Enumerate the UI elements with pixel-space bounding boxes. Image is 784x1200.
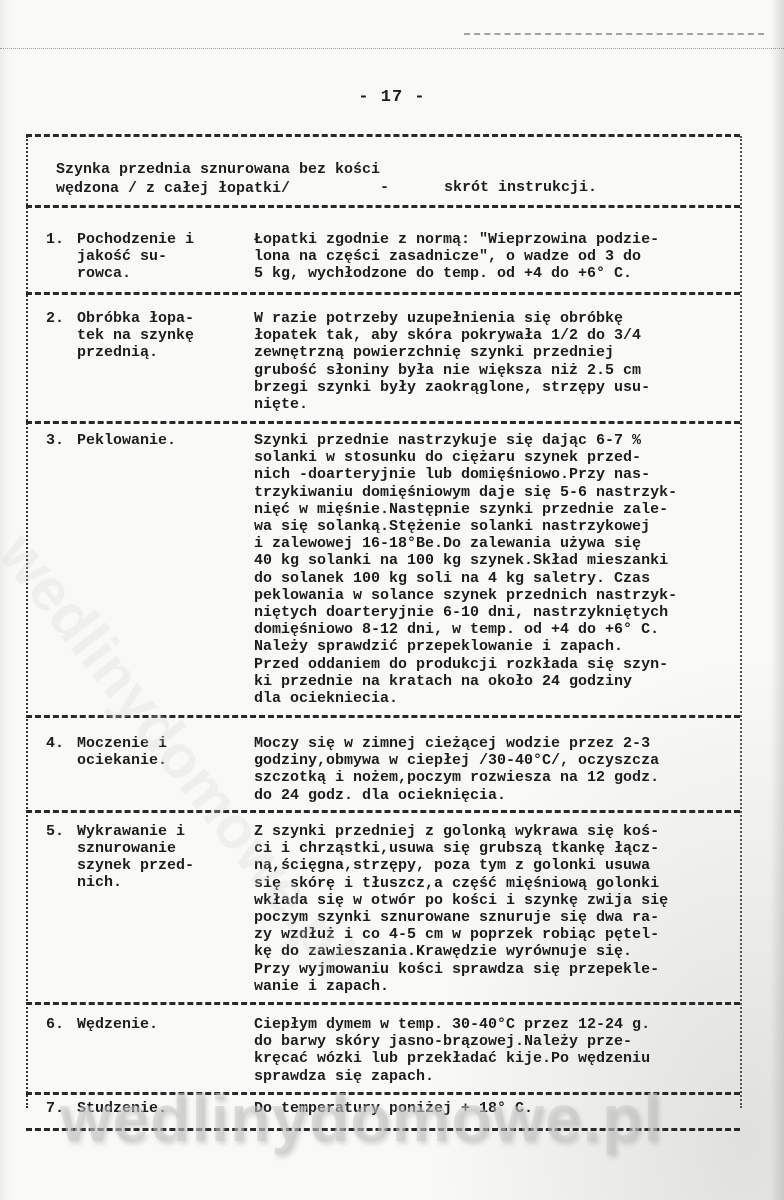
top-edge-marks	[0, 48, 784, 55]
step-label: Wędzenie.	[77, 1016, 158, 1033]
separator-bottom	[26, 1128, 740, 1131]
step-label: Peklowanie.	[77, 432, 176, 449]
step-number: 2.	[46, 310, 64, 327]
document-page: - 17 - Szynka przednia sznurowana bez ko…	[0, 0, 784, 1200]
top-edge-dashes	[464, 33, 764, 37]
step-description: Łopatki zgodnie z normą: "Wieprzowina po…	[254, 231, 744, 283]
title-line-2: wędzona / z całej łopatki/	[56, 180, 290, 197]
step-label: Moczenie i ociekanie.	[77, 735, 167, 769]
title-subtitle: skrót instrukcji.	[444, 179, 597, 196]
document-title: Szynka przednia sznurowana bez kości węd…	[56, 160, 380, 198]
separator-top	[26, 134, 740, 137]
step-label: Pochodzenie i jakość su- rowca.	[77, 231, 194, 282]
step-number: 5.	[46, 823, 64, 840]
separator	[26, 292, 740, 295]
step-number: 3.	[46, 432, 64, 449]
separator	[26, 1002, 740, 1005]
separator	[26, 1092, 740, 1095]
step-description: Szynki przednie nastrzykuje się dając 6-…	[254, 432, 744, 707]
step-label: Obróbka łopa- tek na szynkę przednią.	[77, 310, 194, 361]
separator	[26, 715, 740, 718]
title-line-1: Szynka przednia sznurowana bez kości	[56, 161, 380, 178]
step-description: W razie potrzeby uzupełnienia się obróbk…	[254, 310, 744, 413]
separator-header	[26, 205, 740, 208]
page-number: - 17 -	[0, 88, 784, 107]
step-description: Moczy się w zimnej cieżącej wodzie przez…	[254, 735, 744, 804]
step-number: 4.	[46, 735, 64, 752]
step-number: 1.	[46, 231, 64, 248]
step-number: 6.	[46, 1016, 64, 1033]
separator	[26, 421, 740, 424]
step-label: Studzenie.	[77, 1100, 167, 1117]
step-description: Ciepłym dymem w temp. 30-40°C przez 12-2…	[254, 1016, 744, 1085]
step-label: Wykrawanie i sznurowanie szynek przed- n…	[77, 823, 194, 891]
title-dash: -	[380, 179, 389, 196]
separator	[26, 810, 740, 813]
step-number: 7.	[46, 1100, 64, 1117]
step-description: Do temperatury poniżej + 18° C.	[254, 1100, 744, 1117]
step-description: Z szynki przedniej z golonką wykrawa się…	[254, 823, 744, 995]
